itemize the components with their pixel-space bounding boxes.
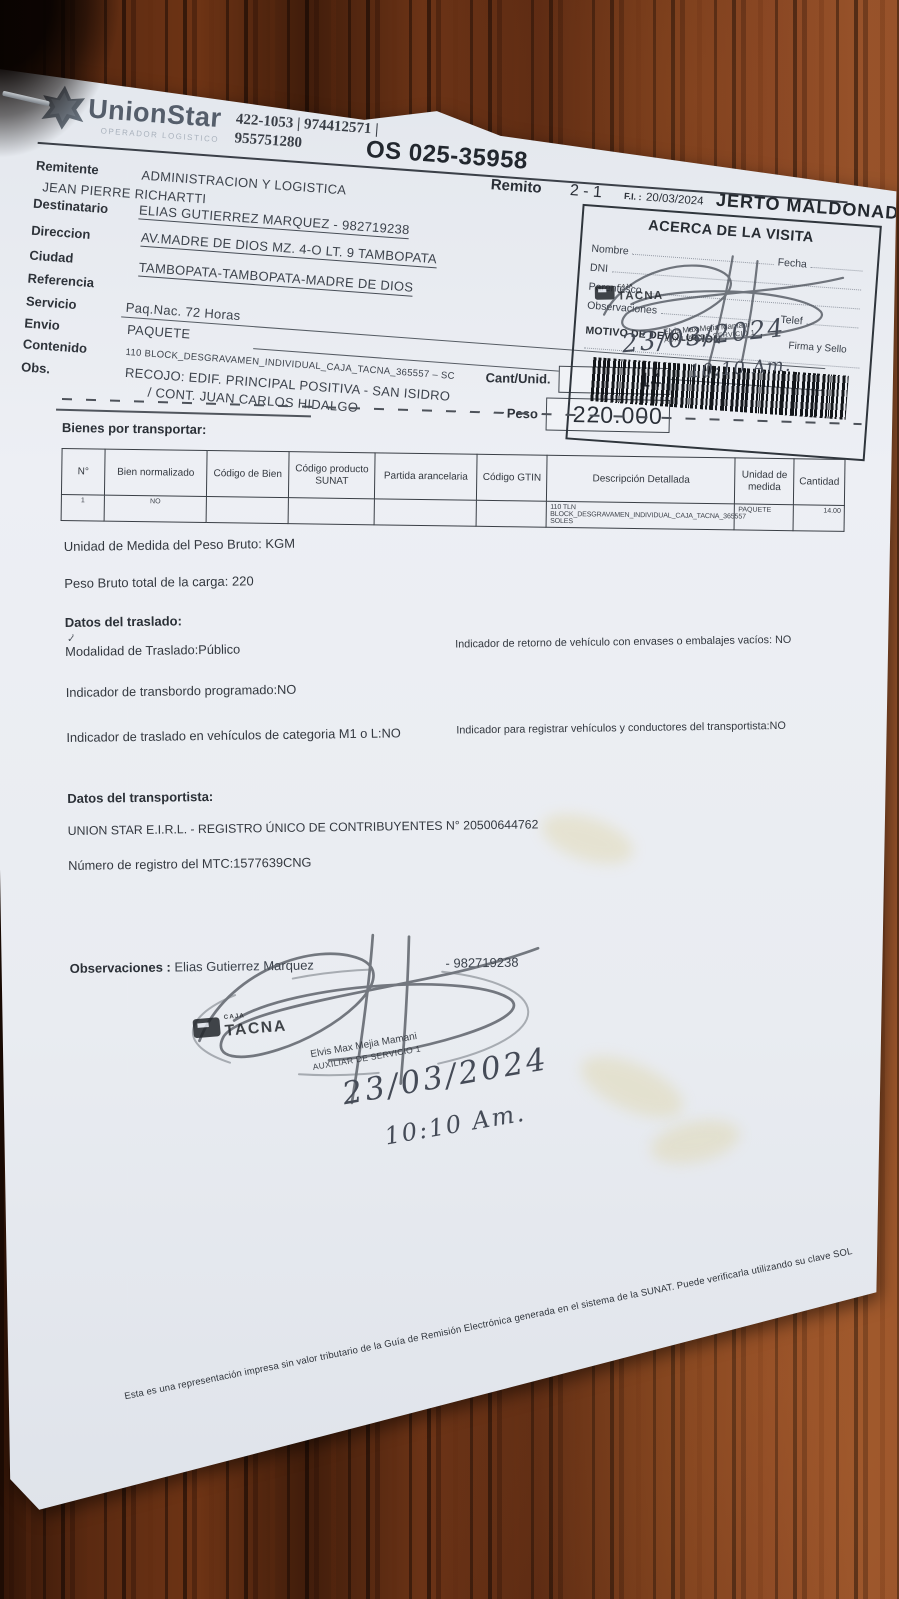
cant-label: Cant/Unid. bbox=[485, 370, 550, 386]
observaciones-label: Observaciones bbox=[587, 300, 658, 317]
obs-label: Obs. bbox=[21, 359, 51, 376]
col-unidad: Unidad de medida bbox=[735, 458, 794, 505]
col-codigo-sunat: Código producto SUNAT bbox=[289, 452, 376, 499]
stamp-brand-main: TACNA bbox=[224, 1017, 287, 1038]
fi-label: F.I. : bbox=[624, 191, 642, 202]
cell-n: 1 bbox=[61, 494, 104, 521]
modalidad-line: Modalidad de Traslado:Público bbox=[65, 639, 455, 659]
registrar-line: Indicador para registrar vehículos y con… bbox=[456, 719, 858, 737]
referencia-label: Referencia bbox=[27, 270, 94, 290]
transportista-mtc-line: Número de registro del MTC:1577639CNG bbox=[68, 847, 860, 873]
envio-label: Envio bbox=[24, 315, 60, 333]
cell-partida bbox=[374, 499, 476, 526]
stamp-brand-main: TACNA bbox=[618, 289, 664, 301]
fecha-label: Fecha bbox=[777, 256, 807, 270]
cell-codigo-sunat bbox=[288, 498, 374, 525]
cell-bien: NO bbox=[104, 495, 206, 522]
ciudad-label: Ciudad bbox=[29, 248, 74, 266]
cell-cantidad: 14.00 bbox=[793, 505, 844, 532]
cell-codigo-bien bbox=[206, 497, 289, 524]
categoria-line: Indicador de traslado en vehículos de ca… bbox=[66, 725, 456, 745]
goods-section-title: Bienes por transportar: bbox=[62, 420, 854, 446]
dni-label: DNI bbox=[590, 262, 609, 275]
ciudad-value: TAMBOPATA-TAMBOPATA-MADRE DE DIOS bbox=[138, 260, 414, 297]
col-bien-normalizado: Bien normalizado bbox=[105, 449, 207, 496]
observaciones-phone: - 982719238 bbox=[445, 955, 518, 971]
peso-total-line: Peso Bruto total de la carga: 220 bbox=[64, 565, 856, 591]
caja-tacna-stamp-big: CAJA TACNA bbox=[192, 1010, 287, 1040]
tacna-logo-icon bbox=[595, 286, 615, 300]
traslado-row-2: Indicador de traslado en vehículos de ca… bbox=[66, 719, 858, 745]
handwritten-time-big: 10:10 Am. bbox=[383, 1099, 528, 1151]
tacna-logo-icon bbox=[192, 1017, 220, 1038]
direccion-label: Direccion bbox=[31, 223, 91, 242]
peso-unit-line: Unidad de Medida del Peso Bruto: KGM bbox=[64, 528, 856, 554]
col-descripcion: Descripción Detallada bbox=[547, 455, 736, 504]
col-cantidad: Cantidad bbox=[794, 459, 846, 506]
col-codigo-bien: Código de Bien bbox=[206, 451, 289, 498]
col-partida: Partida arancelaria bbox=[375, 453, 477, 500]
signature-stamp-area: CAJA TACNA Elvis Max Mejia Mamani AUXILI… bbox=[170, 967, 865, 1197]
observaciones-name: Elias Gutierrez Marquez bbox=[174, 958, 314, 975]
sunat-disclaimer: Esta es una representación impresa sin v… bbox=[124, 1250, 836, 1403]
goods-table: N° Bien normalizado Código de Bien Códig… bbox=[61, 448, 846, 532]
goods-table-wrap: Bienes por transportar: N° Bien normaliz… bbox=[61, 420, 854, 532]
fi-date: 20/03/2024 bbox=[646, 192, 704, 208]
remito-paper: UnionStar OPERADOR LOGISTICO 422-1053 | … bbox=[0, 60, 899, 1520]
guia-remision-body: Bienes por transportar: N° Bien normaliz… bbox=[62, 409, 869, 1490]
blue-pen-mark bbox=[787, 161, 815, 178]
cell-gtin bbox=[476, 500, 547, 527]
transportista-title: Datos del transportista: bbox=[67, 780, 859, 806]
transbordo-line: Indicador de transbordo programado:NO bbox=[66, 674, 858, 700]
col-gtin: Código GTIN bbox=[476, 454, 547, 501]
cell-descripcion: 110 TLN BLOCK_DESGRAVAMEN_INDIVIDUAL_CAJ… bbox=[547, 501, 735, 530]
dotted-leader bbox=[806, 315, 859, 329]
caja-tacna-stamp: CAJA TACNA bbox=[595, 284, 664, 301]
servicio-value: Paq.Nac. 72 Horas bbox=[125, 300, 241, 323]
photo-of-remito-document: { "colors": { "paper": "#eaedf2", "ink":… bbox=[0, 0, 899, 1599]
destinatario-label: Destinatario bbox=[33, 196, 109, 216]
servicio-label: Servicio bbox=[26, 293, 78, 312]
dotted-leader bbox=[811, 258, 864, 272]
remitente-label: Remitente bbox=[35, 158, 99, 178]
observaciones-label: Observaciones : bbox=[70, 960, 171, 976]
col-n: N° bbox=[61, 449, 105, 496]
envio-value: PAQUETE bbox=[127, 322, 191, 342]
paper-sheet-wrapper: UnionStar OPERADOR LOGISTICO 422-1053 | … bbox=[0, 60, 899, 1520]
transportista-ruc-line: UNION STAR E.I.R.L. - REGISTRO ÚNICO DE … bbox=[68, 813, 860, 838]
contenido-label: Contenido bbox=[22, 336, 87, 356]
